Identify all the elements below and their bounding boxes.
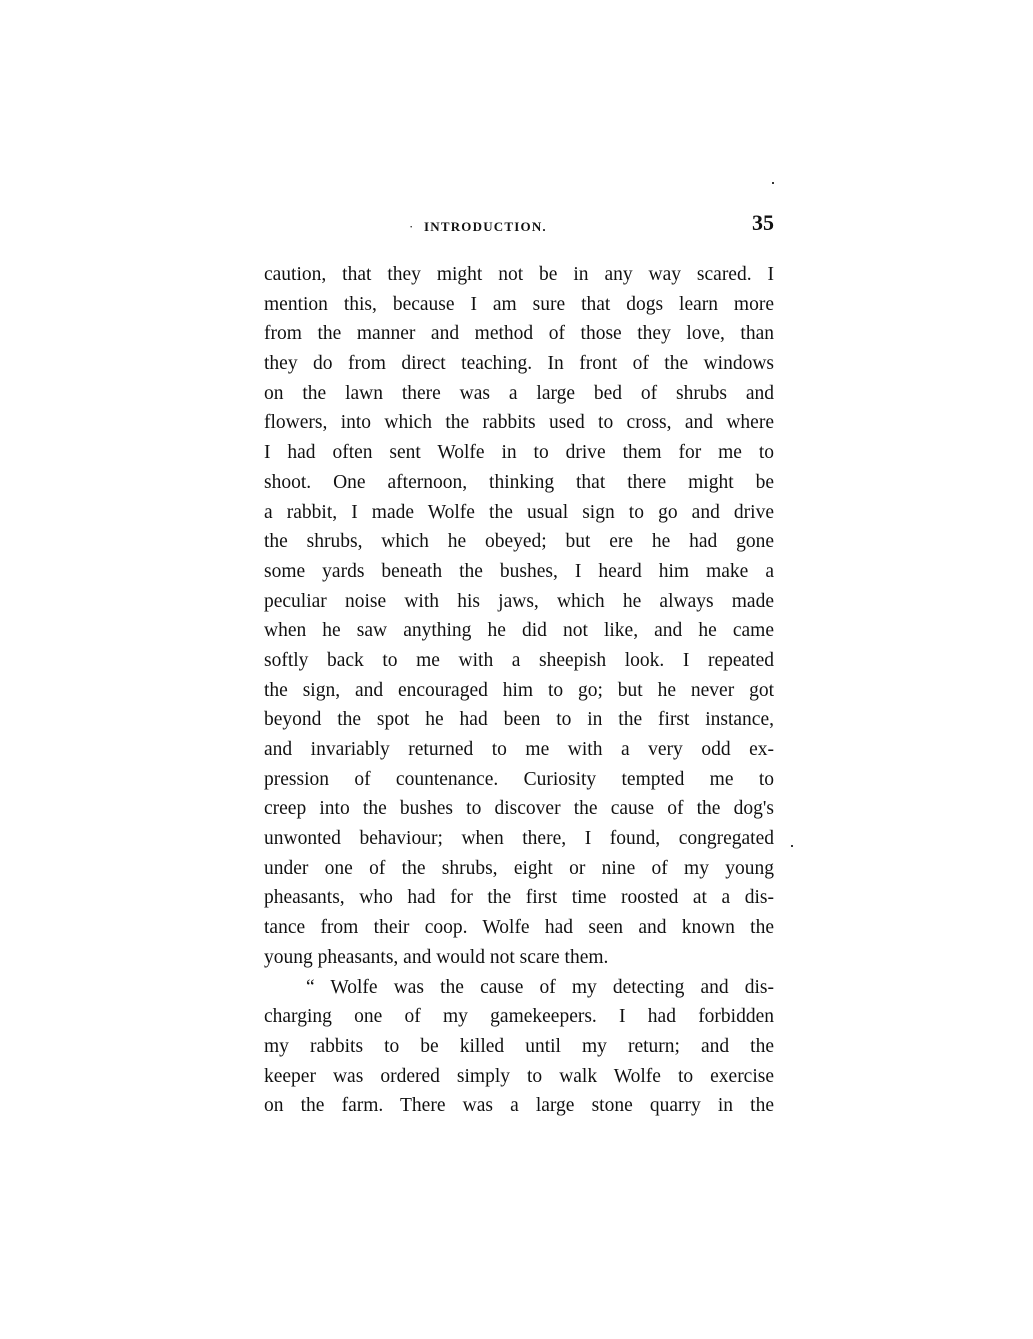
text-line: caution, that they might not be in any w… bbox=[264, 260, 774, 290]
header-dot: · bbox=[409, 219, 413, 235]
text-line: and invariably returned to me with a ver… bbox=[264, 735, 774, 765]
running-header: · INTRODUCTION. 35 bbox=[264, 210, 774, 240]
text-line: keeper was ordered simply to walk Wolfe … bbox=[264, 1062, 774, 1092]
text-line: from the manner and method of those they… bbox=[264, 319, 774, 349]
text-line: peculiar noise with his jaws, which he a… bbox=[264, 587, 774, 617]
scan-speck bbox=[791, 845, 793, 847]
scan-speck bbox=[772, 182, 774, 184]
text-line: when he saw anything he did not like, an… bbox=[264, 616, 774, 646]
body-text: caution, that they might not be in any w… bbox=[264, 260, 774, 1121]
text-line: tance from their coop. Wolfe had seen an… bbox=[264, 913, 774, 943]
text-line: I had often sent Wolfe in to drive them … bbox=[264, 438, 774, 468]
text-line: the sign, and encouraged him to go; but … bbox=[264, 676, 774, 706]
book-page: · INTRODUCTION. 35 caution, that they mi… bbox=[0, 0, 1033, 1339]
text-line: the shrubs, which he obeyed; but ere he … bbox=[264, 527, 774, 557]
text-line: under one of the shrubs, eight or nine o… bbox=[264, 854, 774, 884]
text-line: softly back to me with a sheepish look. … bbox=[264, 646, 774, 676]
text-line: charging one of my gamekeepers. I had fo… bbox=[264, 1002, 774, 1032]
text-line: they do from direct teaching. In front o… bbox=[264, 349, 774, 379]
text-line: unwonted behaviour; when there, I found,… bbox=[264, 824, 774, 854]
text-line: shoot. One afternoon, thinking that ther… bbox=[264, 468, 774, 498]
paragraph-end-line: young pheasants, and would not scare the… bbox=[264, 943, 774, 973]
text-line: my rabbits to be killed until my return;… bbox=[264, 1032, 774, 1062]
text-line: pheasants, who had for the first time ro… bbox=[264, 883, 774, 913]
text-line: some yards beneath the bushes, I heard h… bbox=[264, 557, 774, 587]
running-title: INTRODUCTION. bbox=[424, 219, 547, 235]
text-line: pression of countenance. Curiosity tempt… bbox=[264, 765, 774, 795]
text-line: on the farm. There was a large stone qua… bbox=[264, 1091, 774, 1121]
paragraph-start-line: “ Wolfe was the cause of my detecting an… bbox=[264, 973, 774, 1003]
text-line: flowers, into which the rabbits used to … bbox=[264, 408, 774, 438]
text-line: beyond the spot he had been to in the fi… bbox=[264, 705, 774, 735]
text-line: on the lawn there was a large bed of shr… bbox=[264, 379, 774, 409]
text-line: a rabbit, I made Wolfe the usual sign to… bbox=[264, 498, 774, 528]
text-line: creep into the bushes to discover the ca… bbox=[264, 794, 774, 824]
page-number: 35 bbox=[752, 210, 774, 236]
text-line: mention this, because I am sure that dog… bbox=[264, 290, 774, 320]
